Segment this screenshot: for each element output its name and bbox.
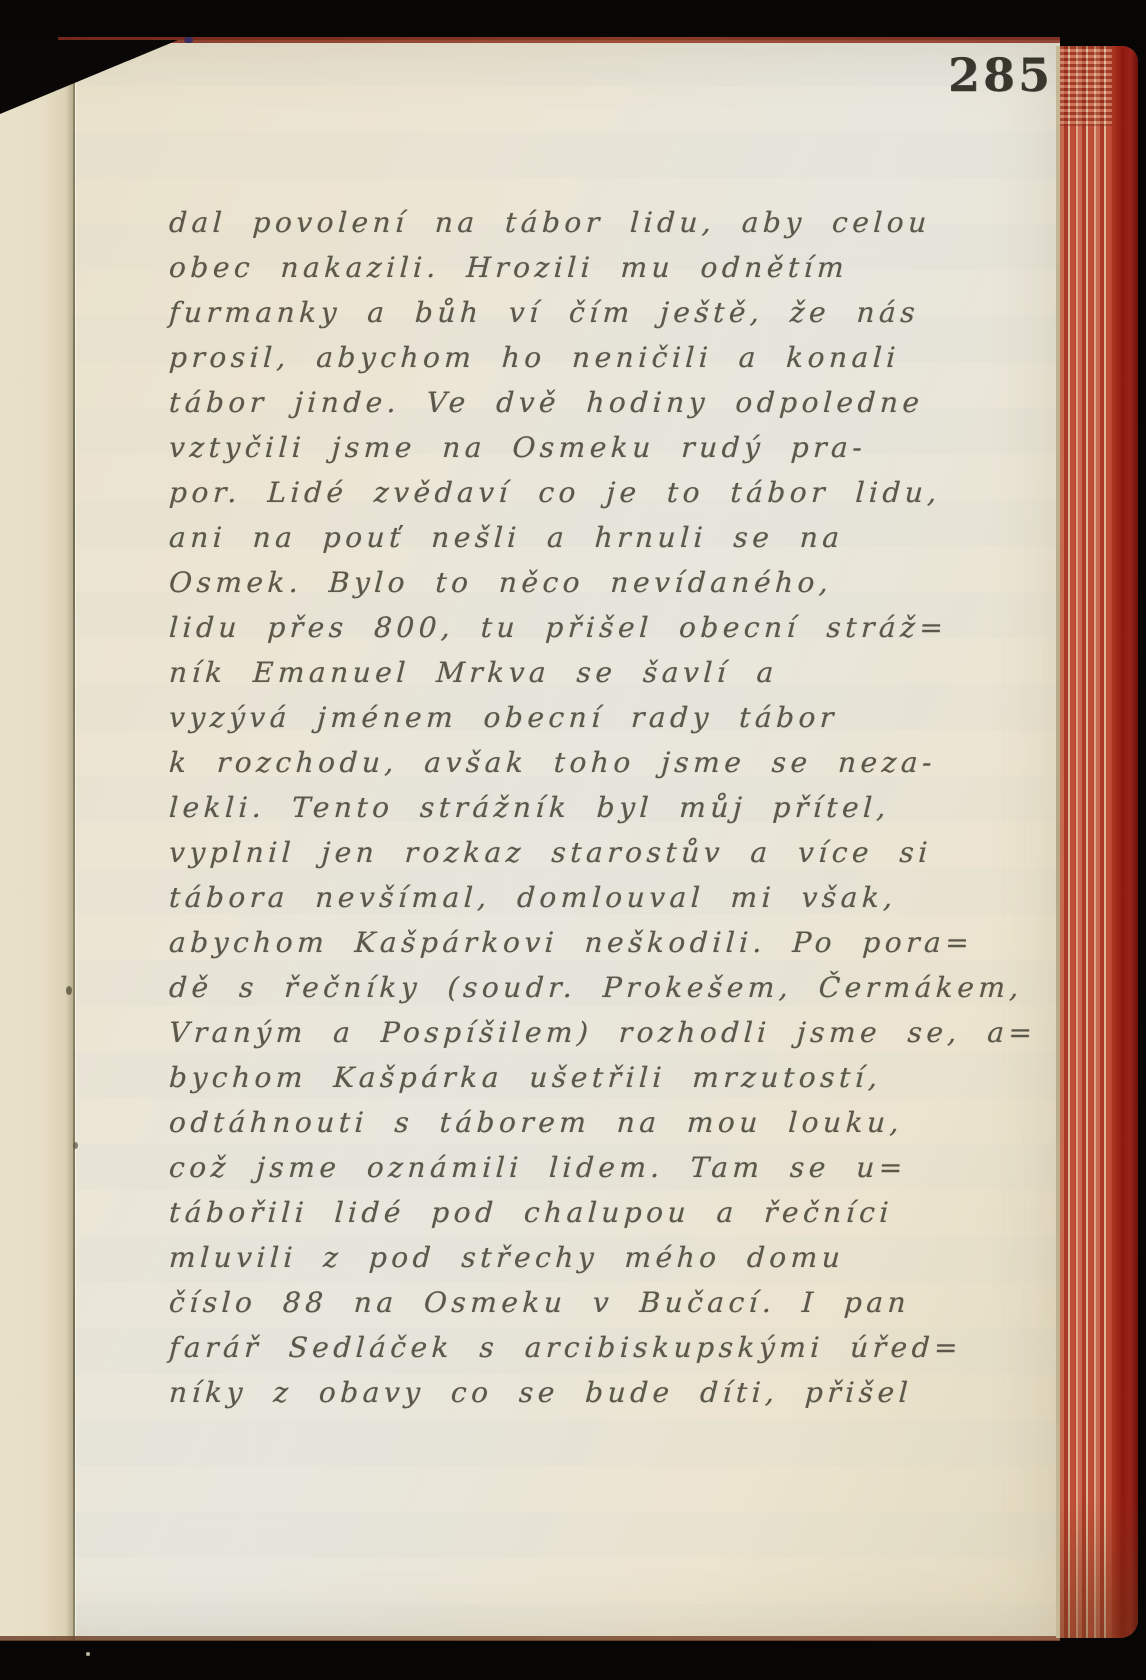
handwritten-line: tábořili lidé pod chalupou a řečníci: [168, 1190, 1038, 1235]
handwritten-line: vyzývá jménem obecní rady tábor: [168, 695, 1038, 740]
handwritten-line: tábor jinde. Ve dvě hodiny odpoledne: [168, 380, 1038, 425]
handwritten-line: tábora nevšímal, domlouval mi však,: [168, 875, 1038, 920]
handwritten-line: lidu přes 800, tu přišel obecní stráž=: [168, 605, 1038, 650]
handwritten-line: ník Emanuel Mrkva se šavlí a: [168, 650, 1038, 695]
handwritten-text: dal povolení na tábor lidu, aby celou ob…: [168, 200, 1036, 1415]
handwritten-line: vztyčili jsme na Osmeku rudý pra-: [168, 425, 1038, 470]
handwritten-line: prosil, abychom ho neničili a konali: [168, 335, 1038, 380]
handwritten-line: ani na pouť nešli a hrnuli se na: [168, 515, 1038, 560]
paper-speck: [66, 986, 72, 995]
page-bottom-edge: [0, 1636, 1060, 1641]
handwritten-line: dě s řečníky (soudr. Prokešem, Čermákem,: [168, 965, 1038, 1010]
page-top-edge: [58, 37, 1060, 43]
book-fore-edge: [1060, 46, 1138, 1638]
handwritten-line: dal povolení na tábor lidu, aby celou: [168, 200, 1038, 245]
handwritten-line: což jsme oznámili lidem. Tam se u=: [168, 1145, 1038, 1190]
handwritten-line: Osmek. Bylo to něco nevídaného,: [168, 560, 1038, 605]
handwritten-line: bychom Kašpárka ušetřili mrzutostí,: [168, 1055, 1038, 1100]
handwritten-line: furmanky a bůh ví čím ještě, že nás: [168, 290, 1038, 335]
handwritten-line: mluvili z pod střechy mého domu: [168, 1235, 1038, 1280]
handwritten-line: k rozchodu, avšak toho jsme se neza-: [168, 740, 1038, 785]
handwritten-line: por. Lidé zvědaví co je to tábor lidu,: [168, 470, 1038, 515]
ink-mark: [184, 37, 193, 43]
binding-crease: [73, 40, 75, 1640]
handwritten-line: číslo 88 na Osmeku v Bučací. I pan: [168, 1280, 1038, 1325]
paper-speck: [73, 1142, 78, 1149]
handwritten-line: abychom Kašpárkovi neškodili. Po pora=: [168, 920, 1038, 965]
handwritten-line: odtáhnouti s táborem na mou louku,: [168, 1100, 1038, 1145]
book-page: 285 dal povolení na tábor lidu, aby celo…: [0, 40, 1060, 1640]
handwritten-line: níky z obavy co se bude díti, přišel: [168, 1370, 1038, 1415]
handwritten-line: farář Sedláček s arcibiskupskými úřed=: [168, 1325, 1038, 1370]
book-photo: 285 dal povolení na tábor lidu, aby celo…: [0, 0, 1146, 1680]
handwritten-line: lekli. Tento strážník byl můj přítel,: [168, 785, 1038, 830]
handwritten-line: Vraným a Pospíšilem) rozhodli jsme se, a…: [168, 1010, 1038, 1055]
handwritten-line: vyplnil jen rozkaz starostův a více si: [168, 830, 1038, 875]
page-number: 285: [948, 52, 1053, 98]
handwritten-line: obec nakazili. Hrozili mu odnětím: [168, 245, 1038, 290]
page-gutter: [0, 40, 74, 1640]
dust-speck: [86, 1652, 90, 1656]
fore-edge-dark-band: [1112, 46, 1138, 1638]
